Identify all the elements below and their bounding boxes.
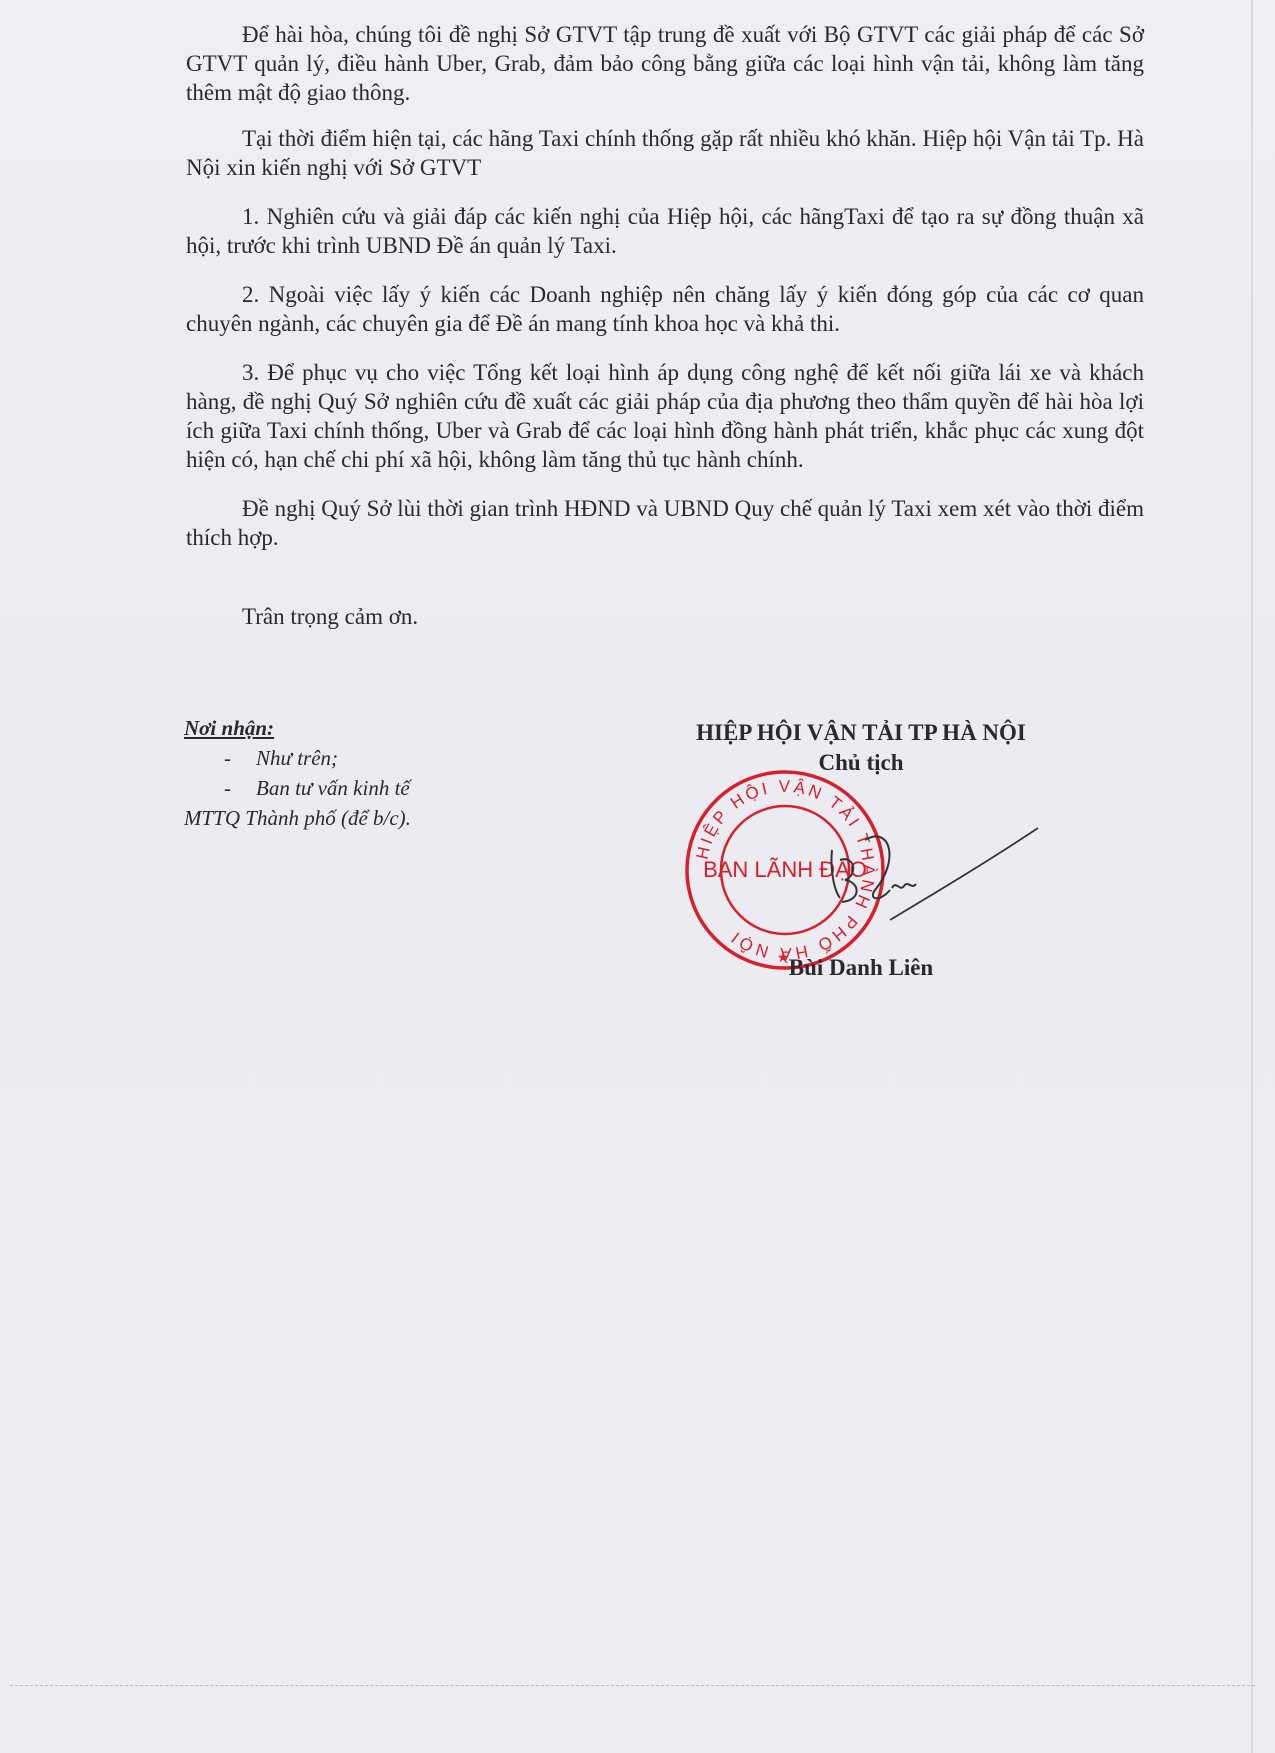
recipient-item: -Như trên; (184, 743, 411, 773)
recipient-continuation: MTTQ Thành phố (để b/c). (184, 803, 411, 833)
paragraph-postpone: Đề nghị Quý Sở lùi thời gian trình HĐND … (186, 494, 1144, 552)
page-edge (1251, 0, 1253, 1753)
recipients-title: Nơi nhận: (184, 713, 411, 743)
recipient-text: Như trên; (256, 746, 338, 770)
paragraph-item-2: 2. Ngoài việc lấy ý kiến các Doanh nghiệ… (186, 280, 1144, 338)
list-dash: - (224, 773, 256, 803)
letter-body: Để hài hòa, chúng tôi đề nghị Sở GTVT tậ… (186, 20, 1144, 569)
list-dash: - (224, 743, 256, 773)
recipient-text: Ban tư vấn kinh tế (256, 776, 410, 800)
closing-line: Trân trọng cảm ơn. (242, 604, 418, 630)
paragraph-item-1: 1. Nghiên cứu và giải đáp các kiến nghị … (186, 202, 1144, 260)
scanned-page: Để hài hòa, chúng tôi đề nghị Sở GTVT tậ… (0, 0, 1275, 1753)
paragraph-item-3: 3. Để phục vụ cho việc Tổng kết loại hìn… (186, 358, 1144, 474)
paragraph-current-situation: Tại thời điểm hiện tại, các hãng Taxi ch… (186, 124, 1144, 182)
signer-name: Bùi Danh Liên (656, 955, 1066, 981)
recipient-item: -Ban tư vấn kinh tế (184, 773, 411, 803)
page-bottom-rule (10, 1685, 1255, 1687)
organization-name: HIỆP HỘI VẬN TẢI TP HÀ NỘI (656, 718, 1066, 748)
recipients-block: Nơi nhận: -Như trên; -Ban tư vấn kinh tế… (184, 713, 411, 833)
paragraph-harmony: Để hài hòa, chúng tôi đề nghị Sở GTVT tậ… (186, 20, 1144, 107)
handwritten-signature-icon (820, 820, 1040, 940)
